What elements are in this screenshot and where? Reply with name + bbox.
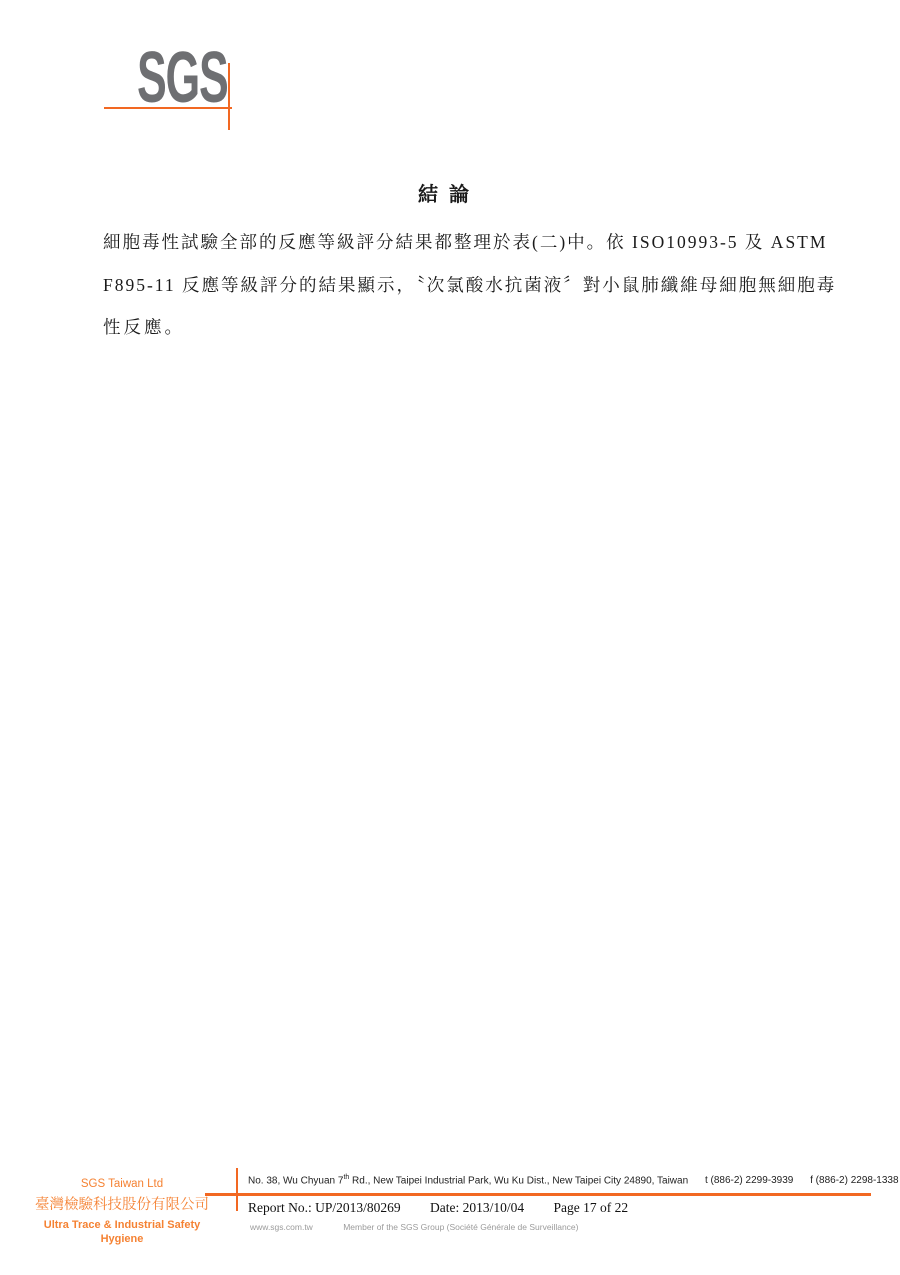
website-url: www.sgs.com.tw (250, 1222, 313, 1232)
footer-small-line: www.sgs.com.tw Member of the SGS Group (… (250, 1222, 579, 1232)
date-value: 2013/10/04 (463, 1200, 525, 1215)
phone-number: t (886-2) 2299-3939 (705, 1175, 793, 1186)
company-name-en: SGS Taiwan Ltd (22, 1177, 222, 1192)
fax-number: f (886-2) 2298-1338 (810, 1175, 898, 1186)
report-page: SGS 結 論 細胞毒性試驗全部的反應等級評分結果都整理於表(二)中。依 ISO… (0, 0, 900, 1275)
logo-vertical-rule (228, 63, 230, 130)
page-title: 結 論 (0, 178, 890, 207)
report-info-line: Report No.: UP/2013/80269 Date: 2013/10/… (248, 1200, 628, 1216)
division-name: Ultra Trace & Industrial Safety Hygiene (22, 1218, 222, 1246)
footer-horizontal-rule (205, 1193, 871, 1196)
footer-vertical-rule (236, 1168, 238, 1211)
logo-horizontal-rule (104, 107, 232, 109)
footer-company-block: SGS Taiwan Ltd 臺灣檢驗科技股份有限公司 Ultra Trace … (22, 1177, 222, 1246)
conclusion-paragraph: 細胞毒性試驗全部的反應等級評分結果都整理於表(二)中。依 ISO10993-5 … (103, 221, 797, 349)
report-no-label: Report No.: (248, 1200, 312, 1215)
paragraph-line: F895-11 反應等級評分的結果顯示，〝次氯酸水抗菌液〞對小鼠肺纖維母細胞無細… (103, 264, 797, 307)
paragraph-line: 性反應。 (103, 306, 797, 349)
address-line: No. 38, Wu Chyuan 7th Rd., New Taipei In… (248, 1174, 899, 1186)
address-text-rest: Rd., New Taipei Industrial Park, Wu Ku D… (349, 1175, 688, 1186)
paragraph-line: 細胞毒性試驗全部的反應等級評分結果都整理於表(二)中。依 ISO10993-5 … (103, 221, 797, 264)
address-text: No. 38, Wu Chyuan 7 (248, 1175, 343, 1186)
sgs-logo: SGS (137, 42, 228, 114)
report-no-value: UP/2013/80269 (315, 1200, 401, 1215)
sgs-group-membership: Member of the SGS Group (Société Général… (343, 1222, 578, 1232)
company-name-zh: 臺灣檢驗科技股份有限公司 (22, 1196, 222, 1214)
date-label: Date: (430, 1200, 459, 1215)
page-number: Page 17 of 22 (554, 1200, 629, 1215)
